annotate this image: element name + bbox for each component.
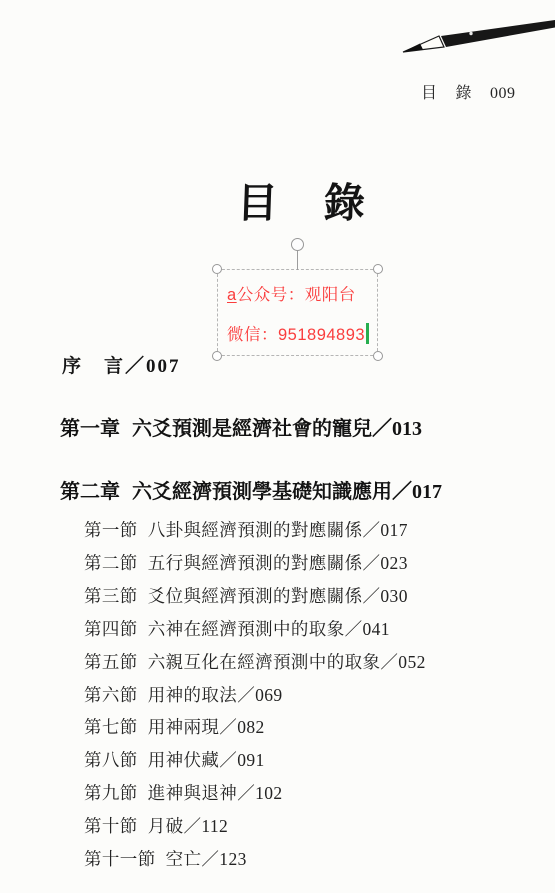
rotation-handle-stem [297, 251, 299, 270]
toc-section-2-number: 第二節 [84, 547, 138, 580]
toc-section-6: 第六節 用神的取法／069 [84, 679, 426, 712]
toc-chapter-1-number: 第一章 [60, 412, 120, 441]
calligraphy-brush-icon [399, 16, 555, 62]
toc-section-list: 第一節 八卦與經濟預測的對應關係／017 第二節 五行與經濟預測的對應關係／02… [84, 514, 426, 876]
toc-section-1-number: 第一節 [84, 514, 138, 547]
toc-section-8-title: 用神伏藏／091 [148, 744, 265, 777]
toc-preface-entry: 序 言／007 [62, 351, 181, 378]
text-cursor [366, 323, 369, 344]
toc-section-4-number: 第四節 [84, 613, 138, 646]
toc-section-7-title: 用神兩現／082 [148, 711, 265, 744]
page-title: 目 錄 [236, 170, 366, 229]
running-head: 目 錄 009 [421, 80, 516, 103]
toc-chapter-2-number: 第二章 [60, 475, 120, 504]
toc-section-9-title: 進神與退神／102 [148, 777, 283, 810]
toc-section-2: 第二節 五行與經濟預測的對應關係／023 [84, 547, 426, 580]
toc-section-8: 第八節 用神伏藏／091 [84, 744, 426, 777]
running-head-char1: 目 [421, 80, 438, 103]
toc-chapter-2: 第二章 六爻經濟預測學基礎知識應用／017 [60, 475, 442, 504]
toc-section-6-number: 第六節 [84, 679, 138, 712]
toc-section-8-number: 第八節 [84, 744, 138, 777]
resize-handle-bottom-right[interactable] [373, 351, 383, 361]
toc-section-11-number: 第十一節 [84, 843, 156, 876]
annotation-line-1-text[interactable]: 公众号：观阳台 [237, 286, 356, 304]
toc-section-5-number: 第五節 [84, 646, 138, 679]
toc-section-1: 第一節 八卦與經濟預測的對應關係／017 [84, 514, 426, 547]
toc-section-7: 第七節 用神兩現／082 [84, 711, 426, 744]
toc-section-11: 第十一節 空亡／123 [84, 843, 426, 876]
resize-handle-top-left[interactable] [212, 264, 222, 274]
toc-section-1-title: 八卦與經濟預測的對應關係／017 [148, 514, 408, 547]
annotation-textbox[interactable]: a公众号：观阳台 微信：951894893 [217, 269, 378, 356]
toc-section-2-title: 五行與經濟預測的對應關係／023 [148, 547, 408, 580]
toc-section-11-title: 空亡／123 [166, 843, 247, 876]
running-head-char2: 錄 [456, 80, 473, 103]
page-title-char2: 錄 [323, 170, 366, 229]
toc-section-10-number: 第十節 [84, 810, 138, 843]
toc-section-3-title: 爻位與經濟預測的對應關係／030 [148, 580, 408, 613]
toc-chapter-2-title: 六爻經濟預測學基礎知識應用／017 [132, 475, 442, 504]
annotation-line-1-underlined[interactable]: a [227, 286, 237, 304]
toc-section-9: 第九節 進神與退神／102 [84, 777, 426, 810]
annotation-line-2[interactable]: 微信：951894893 [227, 321, 369, 345]
toc-section-5-title: 六親互化在經濟預測中的取象／052 [148, 646, 426, 679]
toc-chapter-1: 第一章 六爻預測是經濟社會的寵兒／013 [60, 412, 422, 441]
toc-section-4: 第四節 六神在經濟預測中的取象／041 [84, 613, 426, 646]
toc-section-5: 第五節 六親互化在經濟預測中的取象／052 [84, 646, 426, 679]
resize-handle-top-right[interactable] [373, 264, 383, 274]
running-head-page-number: 009 [490, 85, 516, 103]
toc-chapter-1-title: 六爻預測是經濟社會的寵兒／013 [132, 412, 422, 441]
scanned-book-page: 目 錄 009 目 錄 a公众号：观阳台 微信：951894893 序 言／00… [0, 0, 555, 893]
resize-handle-bottom-left[interactable] [212, 351, 222, 361]
toc-section-6-title: 用神的取法／069 [148, 679, 283, 712]
toc-section-7-number: 第七節 [84, 711, 138, 744]
toc-section-10: 第十節 月破／112 [84, 810, 426, 843]
toc-section-4-title: 六神在經濟預測中的取象／041 [148, 613, 390, 646]
toc-section-3: 第三節 爻位與經濟預測的對應關係／030 [84, 580, 426, 613]
rotation-handle[interactable] [291, 238, 304, 251]
page-title-char1: 目 [236, 170, 279, 229]
toc-section-9-number: 第九節 [84, 777, 138, 810]
toc-section-3-number: 第三節 [84, 580, 138, 613]
toc-section-10-title: 月破／112 [148, 810, 229, 843]
annotation-line-1[interactable]: a公众号：观阳台 [227, 281, 356, 305]
annotation-line-2-text[interactable]: 微信：951894893 [227, 326, 365, 344]
